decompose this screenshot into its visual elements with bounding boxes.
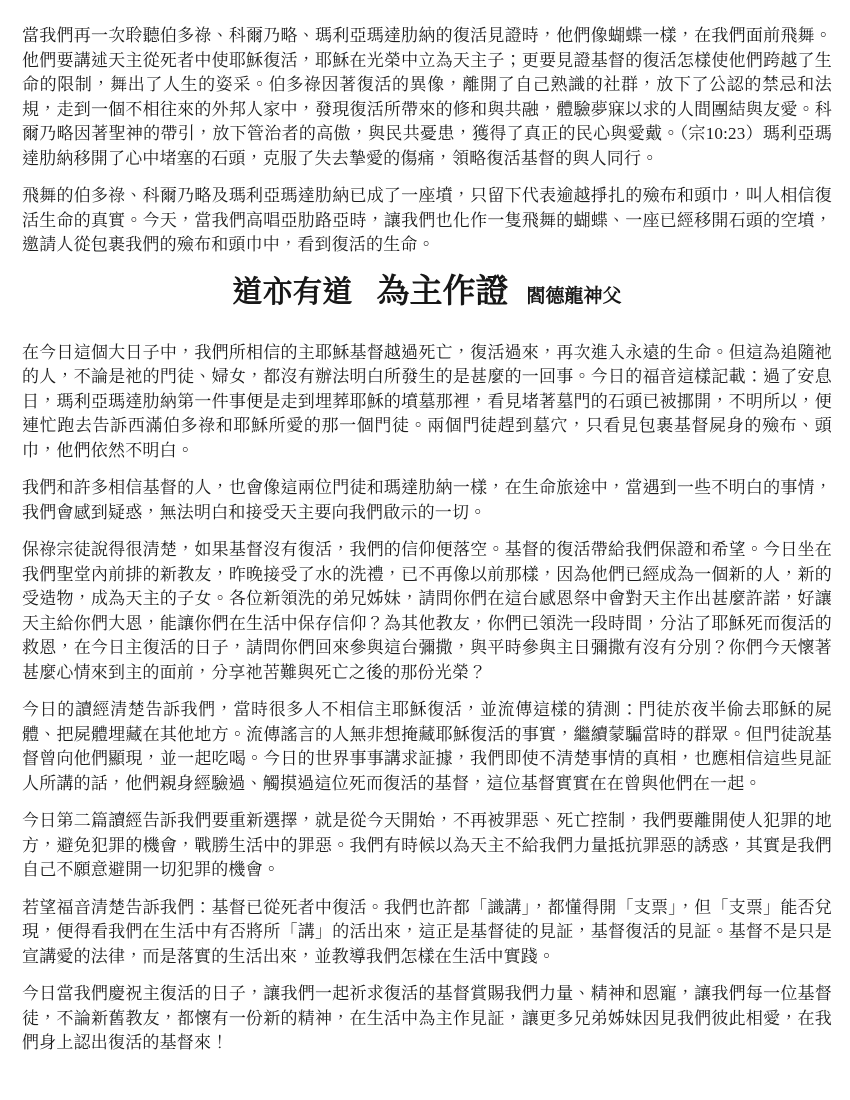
intro-paragraph-1: 當我們再一次聆聽伯多祿、科爾乃略、瑪利亞瑪達肋納的復活見證時，他們像蝴蝶一樣，在… <box>22 24 832 171</box>
body-paragraph-2: 我們和許多相信基督的人，也會像這兩位門徒和瑪達肋納一樣，在生命旅途中，當遇到一些… <box>22 476 832 525</box>
body-paragraph-6: 若望福音清楚告訴我們：基督已從死者中復活。我們也許都「識講」，都懂得開「支票」，… <box>22 896 832 970</box>
document-page: 當我們再一次聆聽伯多祿、科爾乃略、瑪利亞瑪達肋納的復活見證時，他們像蝴蝶一樣，在… <box>0 0 850 1100</box>
column-name: 道亦有道 <box>232 276 352 309</box>
body-paragraph-4: 今日的讀經清楚告訴我們，當時很多人不相信主耶穌復活，並流傳這樣的猜測：門徒於夜半… <box>22 698 832 796</box>
body-paragraph-1: 在今日這個大日子中，我們所相信的主耶穌基督越過死亡，復活過來，再次進入永遠的生命… <box>22 341 832 464</box>
intro-paragraph-2: 飛舞的伯多祿、科爾乃略及瑪利亞瑪達肋納已成了一座墳，只留下代表逾越掙扎的殮布和頭… <box>22 184 832 258</box>
body-paragraph-7: 今日當我們慶祝主復活的日子，讓我們一起祈求復活的基督賞賜我們力量、精神和恩寵，讓… <box>22 982 832 1056</box>
body-paragraph-3: 保祿宗徒說得很清楚，如果基督沒有復活，我們的信仰便落空。基督的復活帶給我們保證和… <box>22 538 832 685</box>
article-title: 為主作證 <box>376 274 508 310</box>
author-name: 閻德龍神父 <box>526 286 621 307</box>
article-title-row: 道亦有道 為主作證 閻德龍神父 <box>22 271 832 317</box>
body-paragraph-5: 今日第二篇讀經告訴我們要重新選擇，就是從今天開始，不再被罪惡、死亡控制，我們要離… <box>22 809 832 883</box>
